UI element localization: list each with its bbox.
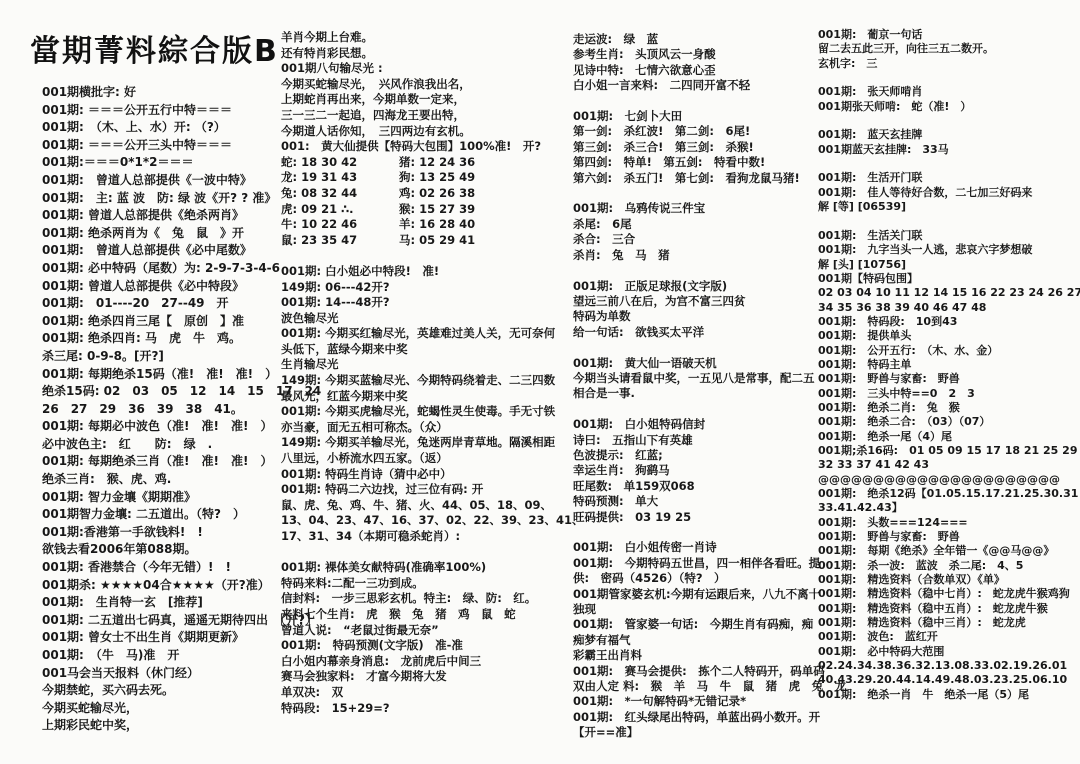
text-line: 来料七个生肖: 虎 猴 兔 猪 鸡 鼠 蛇 xyxy=(281,607,531,623)
text-line: 留二去五此三开，向往三五二数开。 xyxy=(818,42,1076,56)
text-line: 001期: 每期绝杀15码（准! 准! 准! ） xyxy=(42,366,277,384)
text-line: 001期: 三头中特==0 2 3 xyxy=(818,387,1076,401)
text-line: 001期: 绝杀二合: （03）（07） xyxy=(818,415,1076,429)
text-line: 001期: 杀一波: 蓝波 杀二尾: 4、5 xyxy=(818,559,1076,573)
text-line: 杀尾: 6尾 xyxy=(573,217,815,232)
text-line: 001期: （牛 马)准 开 xyxy=(42,647,277,665)
column-1: 001期横批字: 好001期: ＝＝＝公开五行中特＝＝＝001期: （木、上、水… xyxy=(42,84,277,735)
text-line: 解 [头] [10756] xyxy=(818,258,1076,272)
zodiac-number-cell: 猪: 12 24 36 xyxy=(399,155,475,171)
text-line: 玄机字: 三 xyxy=(818,57,1076,71)
text-line: 第三剑: 杀三合! 第三剑: 杀猴! xyxy=(573,140,815,155)
scanned-tip-sheet-page: 當期菁料綜合版B 001期横批字: 好001期: ＝＝＝公开五行中特＝＝＝001… xyxy=(0,0,1080,764)
text-line: 解 [等] [06539] xyxy=(818,200,1076,214)
text-line: 13、04、23、47、16、37、02、22、39、23、41、 xyxy=(281,513,531,529)
text-line: 001期: 白小姐必中特段! 准! xyxy=(281,264,531,280)
text-line: 001期: 白小姐传密一肖诗 xyxy=(573,540,815,555)
text-line: 001期智力金壤: 二五道出。（特? ） xyxy=(42,506,277,524)
text-line: 鼠、虎、兔、鸡、牛、猪、火、44、05、18、09、 xyxy=(281,498,531,514)
text-line xyxy=(573,263,815,278)
text-line: 001期: 红头绿尾出特码，单蓝出码小数开。开 xyxy=(573,710,815,725)
text-line: 001期: 提供单头 xyxy=(818,329,1076,343)
text-line: 头低下，蓝绿今期来中奖 xyxy=(281,342,531,358)
zodiac-number-cell: 狗: 13 25 49 xyxy=(399,170,475,186)
text-line: 特码为单数 xyxy=(573,309,815,324)
text-line: 旺尾数: 单159双068 xyxy=(573,479,815,494)
text-line: 今期禁蛇，买六码去死。 xyxy=(42,682,277,700)
text-line: 白小姐一言来料: 二四同开富不轻 xyxy=(573,78,815,93)
text-line: 001期: 裸体美女献特码(准确率100%) xyxy=(281,560,531,576)
text-line: 今期当头请看鼠中奖，一五见八是常事，配二五 xyxy=(573,371,815,386)
text-line: 今期买蛇输尽光， xyxy=(42,700,277,718)
text-line: 26 27 29 36 39 38 41。 xyxy=(42,401,277,419)
text-line: 杀合: 三合 xyxy=(573,232,815,247)
text-line: 001期: 蓝天玄挂牌 xyxy=(818,128,1076,142)
text-line: 特码段: 15+29=? xyxy=(281,701,531,717)
text-line: 亦当豪，面无五相可称杰。（众） xyxy=(281,420,531,436)
text-line: 001期: ＝＝＝公开三头中特＝＝＝ xyxy=(42,137,277,155)
text-line: 001期: 曾女士不出生肖《期期更新》 xyxy=(42,629,277,647)
text-line: 001马会当天报料（休门经） xyxy=(42,665,277,683)
text-line: 彩霸王出肖料 xyxy=(573,648,815,663)
text-line xyxy=(573,525,815,540)
zodiac-number-row: 牛: 10 22 46羊: 16 28 40 xyxy=(281,217,531,233)
text-line: 波色输尽光 xyxy=(281,311,531,327)
text-line: 001期蓝天玄挂牌: 33马 xyxy=(818,143,1076,157)
text-line: 三一三二一起追，四海龙王要出特， xyxy=(281,108,531,124)
text-line: 旺码提供: 03 19 25 xyxy=(573,510,815,525)
text-line: 32 33 37 41 42 43 xyxy=(818,458,1076,472)
text-line: 001期: 野兽与家畜: 野兽 xyxy=(818,372,1076,386)
text-line: 001期: 每期必中波色（准! 准! 准! ） xyxy=(42,418,277,436)
text-line: 单双决: 双 xyxy=(281,685,531,701)
text-line: 最风光，红蓝今期来中奖 xyxy=(281,389,531,405)
text-line: 绝杀15码: 02 03 05 12 14 15 17 24 xyxy=(42,383,277,401)
text-line xyxy=(818,71,1076,85)
text-line xyxy=(281,545,531,561)
text-line: 赛马会独家料: 才富今期将大发 xyxy=(281,669,531,685)
text-line: 001期: 特码预测(文字版) 准-准 xyxy=(281,638,531,654)
text-line: 上期蛇肖再出来，今期单数一定来， xyxy=(281,92,531,108)
zodiac-number-cell: 龙: 19 31 43 xyxy=(281,170,399,186)
text-line: 独现 xyxy=(573,602,815,617)
text-line: 001期: 特码二六边找，过三位有码: 开 xyxy=(281,482,531,498)
text-line: 001期: 绝杀12码【01.05.15.17.21.25.30.31 xyxy=(818,487,1076,501)
text-line: 001期;杀16码: 01 05 09 15 17 18 21 25 29 30… xyxy=(818,444,1076,458)
text-line xyxy=(573,186,815,201)
text-line: 001期: 九字当头一人逃，悲哀六字梦想破 xyxy=(818,243,1076,257)
text-line: 见诗中特: 七情六欲意心歪 xyxy=(573,63,815,78)
text-line: 001期: 必中特码（尾数）为: 2-9-7-3-4-6 xyxy=(42,260,277,278)
text-line xyxy=(818,114,1076,128)
text-line xyxy=(281,248,531,264)
text-line: 001期: 七剑卜大田 xyxy=(573,109,815,124)
zodiac-number-cell: 牛: 10 22 46 xyxy=(281,217,399,233)
text-line: 001期: 绝杀一肖 牛 绝杀一尾（5）尾 xyxy=(818,688,1076,702)
text-line: 001期: 赛马会提供: 拣个二人特码开，码单码 xyxy=(573,664,815,679)
text-line: 001期【特码包围】 xyxy=(818,272,1076,286)
text-line: @@@@@@@@@@@@@@@@@@@@@@ xyxy=(818,473,1076,487)
text-line: 001期: 特码段: 10到43 xyxy=(818,315,1076,329)
text-line: 杀三尾: 0-9-8。[开?] xyxy=(42,348,277,366)
text-line: 001期: 生肖特一玄 [推荐] xyxy=(42,594,277,612)
text-line: 生肖输尽光 xyxy=(281,357,531,373)
text-line: 001期: 绝杀四肖三尾【 原创 】准 xyxy=(42,313,277,331)
zodiac-number-row: 龙: 19 31 43狗: 13 25 49 xyxy=(281,170,531,186)
text-line: 17、31、34（本期可稳杀蛇肖）: xyxy=(281,529,531,545)
text-line: 02.24.34.38.36.32.13.08.33.02.19.26.01 xyxy=(818,659,1076,673)
text-line: 必中波色主: 红 防: 绿 . xyxy=(42,436,277,454)
text-line: 001期: 精选资料（稳中三肖）: 蛇龙虎 xyxy=(818,616,1076,630)
text-line: 双由人定 料: 猴 羊 马 牛 鼠 猪 虎 兔 龙 xyxy=(573,679,815,694)
text-line: 001期: 正版足球报(文字版) xyxy=(573,279,815,294)
text-line: 001期: 生活关门联 xyxy=(818,229,1076,243)
text-line: 001期: 头数===124=== xyxy=(818,516,1076,530)
text-line: 第四剑: 特单! 第五剑: 特看中数! xyxy=(573,155,815,170)
text-line: 001期: 野兽与家畜: 野兽 xyxy=(818,530,1076,544)
text-line: 还有特肖彩民想。 xyxy=(281,46,531,62)
text-line: 001期: ＝＝＝公开五行中特＝＝＝ xyxy=(42,102,277,120)
text-line: 33.41.42.43】 xyxy=(818,501,1076,515)
text-line: 001期: 曾道人总部提供《一波中特》 xyxy=(42,172,277,190)
text-line: 001期: 乌鸦传说三件宝 xyxy=(573,201,815,216)
text-line xyxy=(818,214,1076,228)
text-line: 曾道人说: “老鼠过街最无奈” xyxy=(281,623,531,639)
text-line: 001期: 香港禁合（今年无错）! ! xyxy=(42,559,277,577)
text-line: 001期: 曾道人总部提供《必中尾数》 xyxy=(42,242,277,260)
text-line: 34 35 36 38 39 40 46 47 48 xyxy=(818,301,1076,315)
text-line: 001期: 曾道人总部提供《绝杀两肖》 xyxy=(42,207,277,225)
zodiac-number-row: 兔: 08 32 44鸡: 02 26 38 xyxy=(281,186,531,202)
zodiac-number-cell: 兔: 08 32 44 xyxy=(281,186,399,202)
zodiac-number-cell: 鼠: 23 35 47 xyxy=(281,233,399,249)
text-line: 149期: 今期买蓝输尽光、今期特码绕着走、二三四数 xyxy=(281,373,531,389)
text-line: 参考生肖: 头顶风云一身酸 xyxy=(573,47,815,62)
text-line: 001期: 精选资料（合数单双）《单》 xyxy=(818,573,1076,587)
text-line: 001期: 今期买红输尽光，英雄难过美人关，无可奈何 xyxy=(281,326,531,342)
text-line: 供: 密码（4526）（特? ） xyxy=(573,571,815,586)
zodiac-number-row: 鼠: 23 35 47马: 05 29 41 xyxy=(281,233,531,249)
zodiac-number-cell: 鸡: 02 26 38 xyxy=(399,186,475,202)
text-line: 001期: 生活开门联 xyxy=(818,171,1076,185)
text-line: 上期彩民蛇中奖， xyxy=(42,717,277,735)
text-line: 001期: 绝杀二肖: 兔 猴 xyxy=(818,401,1076,415)
zodiac-number-cell: 马: 05 29 41 xyxy=(399,233,475,249)
text-line: 001期: 佳人等待好合数，二七加三好码来 xyxy=(818,186,1076,200)
text-line: 001期: 智力金壤《期期准》 xyxy=(42,489,277,507)
text-line: 绝杀三肖: 猴、虎、鸡. xyxy=(42,471,277,489)
text-line: 诗曰: 五指山下有英雄 xyxy=(573,433,815,448)
text-line: 001期: 每期绝杀三肖（准! 准! 准! ） xyxy=(42,453,277,471)
text-line: 40.43.29.20.44.14.49.48.03.23.25.06.10 xyxy=(818,673,1076,687)
text-line: 001期: 特码主单 xyxy=(818,358,1076,372)
text-line: 001期: 张天师啃肖 xyxy=(818,85,1076,99)
text-line: 001期横批字: 好 xyxy=(42,84,277,102)
text-line: 001期: 绝杀一尾（4）尾 xyxy=(818,430,1076,444)
text-line: 02 03 04 10 11 12 14 15 16 22 23 24 26 2… xyxy=(818,286,1076,300)
text-line: 相合是一事. xyxy=(573,386,815,401)
text-line: 001期: 每期《绝杀》全年错一《@@马@@》 xyxy=(818,544,1076,558)
zodiac-number-cell: 蛇: 18 30 42 xyxy=(281,155,399,171)
text-line: 001期杀: ★★★★04合★★★★（开?准） xyxy=(42,577,277,595)
text-line xyxy=(573,94,815,109)
column-2: 羊肖今期上台难。还有特肖彩民想。001期八句输尽光 :今期买蛇输尽光， 兴风作浪… xyxy=(281,30,531,716)
text-line: 第六剑: 杀五门! 第七剑: 看狗龙鼠马猪! xyxy=(573,171,815,186)
zodiac-number-cell: 虎: 09 21 ∴. xyxy=(281,202,399,218)
text-line: 001期: *一句解特码*无错记录* xyxy=(573,694,815,709)
text-line: 001期: 白小姐特码信封 xyxy=(573,417,815,432)
text-line: 001期: 曾道人总部提供《必中特段》 xyxy=(42,278,277,296)
text-line: 001期: 14---48开? xyxy=(281,295,531,311)
text-line: 特码预测: 单大 xyxy=(573,494,815,509)
text-line: 痴梦有福气 xyxy=(573,633,815,648)
text-line: 001期: 特码生肖诗（猜中必中） xyxy=(281,467,531,483)
text-line: 欲钱去看2006年第088期。 xyxy=(42,541,277,559)
text-line xyxy=(818,157,1076,171)
text-line: 001期: 精选资料（稳中七肖）: 蛇龙虎牛猴鸡狗 xyxy=(818,587,1076,601)
text-line: 001期: 波色: 蓝红开 xyxy=(818,630,1076,644)
page-title: 當期菁料綜合版B xyxy=(30,26,279,70)
text-line: 001期: 精选资料（稳中五肖）: 蛇龙虎牛猴 xyxy=(818,602,1076,616)
text-line: 001期:香港第一手欲钱料! ! xyxy=(42,524,277,542)
text-line: 特码来料:二配一三功到成。 xyxy=(281,576,531,592)
text-line: 149期: 06---42开? xyxy=(281,280,531,296)
text-line: 走运波: 绿 蓝 xyxy=(573,32,815,47)
text-line: 001期张天师啃: 蛇（准! ） xyxy=(818,100,1076,114)
text-line: 001期: 葡京一句话 xyxy=(818,28,1076,42)
text-line: 【开==准】 xyxy=(573,725,815,740)
text-line: 001期: 今期特码五世昌，四一相伴各看旺。提 xyxy=(573,556,815,571)
zodiac-number-row: 蛇: 18 30 42猪: 12 24 36 xyxy=(281,155,531,171)
zodiac-number-cell: 猴: 15 27 39 xyxy=(399,202,475,218)
text-line: 001期: 今期买虎输尽光，蛇蝎性灵生使毒。手无寸铁 xyxy=(281,404,531,420)
text-line: 杀肖: 兔 马 猪 xyxy=(573,248,815,263)
text-line: 001期管家婆玄机:今期有运跟后来，八九不离十 xyxy=(573,587,815,602)
column-4: 001期: 葡京一句话留二去五此三开，向往三五二数开。玄机字: 三001期: 张… xyxy=(818,28,1076,702)
text-line: 八里远，小桥流水四五家。（返） xyxy=(281,451,531,467)
text-line: 望远三前八在后，为宫不富三四贫 xyxy=(573,294,815,309)
text-line: 149期: 今期买羊输尽光，兔迷两岸青草地。隔溪相距 xyxy=(281,435,531,451)
zodiac-number-row: 虎: 09 21 ∴.猴: 15 27 39 xyxy=(281,202,531,218)
zodiac-number-cell: 羊: 16 28 40 xyxy=(399,217,475,233)
text-line: 给一句话: 欲钱买太平洋 xyxy=(573,325,815,340)
column-3: 走运波: 绿 蓝参考生肖: 头顶风云一身酸见诗中特: 七情六欲意心歪白小姐一言来… xyxy=(573,32,815,741)
text-line: 色波提示: 红蓝; xyxy=(573,448,815,463)
text-line xyxy=(573,340,815,355)
text-line: 001期: 绝杀四肖: 马 虎 牛 鸡。 xyxy=(42,330,277,348)
text-line: 今期买蛇输尽光， 兴风作浪我出名， xyxy=(281,77,531,93)
text-line: 001: 黄大仙提供【特码大包围】100%准! 开? xyxy=(281,139,531,155)
text-line: 幸运生肖: 狗鹞马 xyxy=(573,463,815,478)
text-line: 白小姐内幕亲身消息: 龙前虎后中间三 xyxy=(281,654,531,670)
text-line: 001期: 01----20 27--49 开 xyxy=(42,295,277,313)
text-line: 信封料: 一步三思彩玄机。特主: 绿、防: 红。 xyxy=(281,591,531,607)
text-line: 001期: 黄大仙一语破天机 xyxy=(573,356,815,371)
text-line: 001期: 管家婆一句话: 今期生肖有码痴，痴 xyxy=(573,617,815,632)
text-line: 001期: （木、上、水）开: （?） xyxy=(42,119,277,137)
text-line: 001期: 必中特码大范围 xyxy=(818,645,1076,659)
text-line xyxy=(573,402,815,417)
text-line: 001期: 公开五行: （木、水、金） xyxy=(818,344,1076,358)
text-line: 001期: 二五道出七码真，遥遥无期待四出 〖开?〗 xyxy=(42,612,277,630)
text-line: 001期: 绝杀两肖为《 兔 鼠 》开 xyxy=(42,225,277,243)
text-line: 001期: 主: 蓝 波 防: 绿 波《开? ? 准》 xyxy=(42,190,277,208)
text-line: 今期道人话你知， 三四两边有玄机。 xyxy=(281,124,531,140)
text-line: 第一剑: 杀红波! 第二剑: 6尾! xyxy=(573,124,815,139)
text-line: 001期八句输尽光 : xyxy=(281,61,531,77)
text-line: 001期:＝＝＝0*1*2＝＝＝ xyxy=(42,154,277,172)
text-line: 羊肖今期上台难。 xyxy=(281,30,531,46)
